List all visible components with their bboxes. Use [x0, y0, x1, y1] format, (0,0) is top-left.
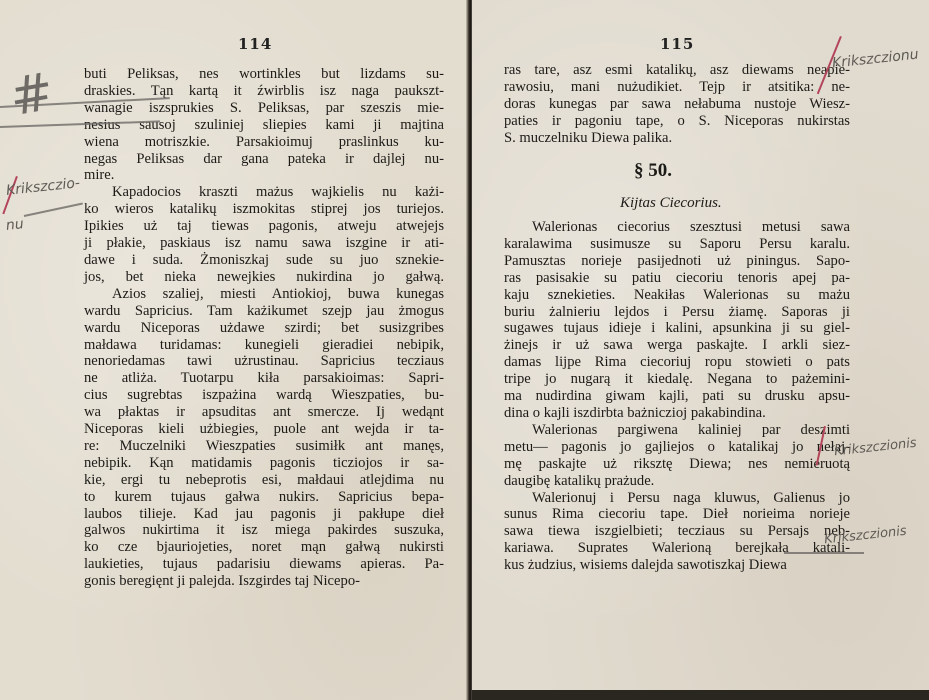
margin-note-right-1: Krikszczionu — [831, 48, 919, 72]
text-line: sugawes tujaus idieje i kalini, apsunkin… — [504, 320, 850, 337]
text-line: wardu Sapricius. Tam każikumet szejp jau… — [84, 303, 444, 320]
text-line: mę paskajte uż riksztę Diewa; nes nemier… — [504, 456, 850, 473]
section-heading: § 50. — [634, 160, 672, 182]
right-page-body: Walerionas ciecorius szesztusi metusi sa… — [504, 219, 850, 574]
text-line: laubos tilieje. Kad jau pagonis ji pakłu… — [84, 506, 444, 523]
text-line: cius sugrebtas iszpażina wardą Wieszpati… — [84, 387, 444, 404]
text-line: Azios szaliej, miesti Antiokioj, buwa ku… — [84, 286, 444, 303]
text-line: małdawa turidamas: kunegieli gieradiei n… — [84, 337, 444, 354]
text-line: wa płaktas ir apsuditas ant smercze. Ij … — [84, 404, 444, 421]
text-line: kaju sznekieties. Neakiłas Walerionas su… — [504, 287, 850, 304]
text-line: mire. — [84, 167, 444, 184]
text-line: galwos nukirtima it isz miega pakirdes s… — [84, 522, 444, 539]
text-line: wiena motriszkie. Parsakioimuj praslinku… — [84, 134, 444, 151]
right-page-top-text: ras tare, asz esmi katalikų, asz diewams… — [504, 62, 850, 147]
page-number-left: 114 — [238, 35, 272, 53]
text-line: Walerionas ciecorius szesztusi metusi sa… — [504, 219, 850, 236]
text-line: ko cze bjauriojeties, noret mąn gałwą nu… — [84, 539, 444, 556]
text-line: Walerionuj i Persu naga kluwus, Galienus… — [504, 490, 850, 507]
left-page: 114 buti Peliksas, nes wortinkles but li… — [0, 0, 470, 700]
text-line: Ipikies uż taj tiewas pagonis, atweju at… — [84, 218, 444, 235]
text-line: to kurem tujaus gałwa nukirs. Sapricius … — [84, 489, 444, 506]
text-line: ras pasisakie su patiu ciecoriu tenoris … — [504, 270, 850, 287]
text-line: dawe i suda. Żmoniszkaj sude su juo szne… — [84, 252, 444, 269]
text-line: ko wieros katalikų iszmokitas stiprej jo… — [84, 201, 444, 218]
text-line: żinejs ir uż sawa werga paskajte. I arkl… — [504, 337, 850, 354]
text-line: wardu Niceporas użdawe szirdi; bet susiz… — [84, 320, 444, 337]
text-line: buriu żalnieriu lejdos i Persu żiamę. Sa… — [504, 304, 850, 321]
text-line: dina o kajli iszdirbta bażniczioj pakabi… — [504, 405, 850, 422]
text-line: jos, bet nieka newejkies nukirdina jo ga… — [84, 269, 444, 286]
text-line: sunus Rima ciecoriu tape. Dieł norieima … — [504, 506, 850, 523]
text-line: metu— pagonis jo gajliejos o katalikaj j… — [504, 439, 850, 456]
text-line: paties ir pagoniu tape, o S. Niceporas n… — [504, 113, 850, 130]
right-page: 115 ras tare, asz esmi katalikų, asz die… — [472, 0, 929, 700]
pencil-underline — [24, 203, 83, 217]
margin-note-left-2: nu — [5, 217, 24, 234]
text-line: ma nudirdina giwam kajli, pati su drusku… — [504, 388, 850, 405]
left-page-body: buti Peliksas, nes wortinkles but lizdam… — [84, 66, 444, 590]
text-line: daugibę katalikų prażude. — [504, 473, 850, 490]
text-line: doras kunegas par sawa nełabuma nustoje … — [504, 96, 850, 113]
page-edge-shadow — [472, 690, 929, 700]
text-line: kie, ergi tu nebeprotis esi, małdaui atl… — [84, 472, 444, 489]
text-line: Walerionas pargiwena kaliniej par deszim… — [504, 422, 850, 439]
text-line: wanagie iszsprukies S. Peliksas, par sze… — [84, 100, 444, 117]
text-line: Kapadocios kraszti mażus wajkielis nu ka… — [84, 184, 444, 201]
section-title: Kijtas Ciecorius. — [620, 195, 722, 212]
text-line: rawosiu, mani nużudikiet. Tejp ir atsiti… — [504, 79, 850, 96]
page-number-right: 115 — [660, 35, 694, 53]
text-line: kus żudzius, wisiems dalejda sawotiszkaj… — [504, 557, 850, 574]
text-line: ne atliża. Tuotarpu kiła parsakioimas: S… — [84, 370, 444, 387]
text-line: Niceporas kieli użbiegies, puole ant wej… — [84, 421, 444, 438]
text-line: gonis beregięnt ji palejda. Iszgirdes ta… — [84, 573, 444, 590]
text-line: nesius sausoj szuliniej sliepies kami ji… — [84, 117, 444, 134]
text-line: nenoriedamas tawi użrustinau. Sapricius … — [84, 353, 444, 370]
text-line: re: Muczelniki Wieszpaties susimiłk ant … — [84, 438, 444, 455]
pencil-underline-right — [784, 552, 864, 554]
text-line: ras tare, asz esmi katalikų, asz diewams… — [504, 62, 850, 79]
text-line: Pamusztas norieje pasijednoti uż piningu… — [504, 253, 850, 270]
text-line: buti Peliksas, nes wortinkles but lizdam… — [84, 66, 444, 83]
text-line: nebipik. Kąn matidamis pagonis ticziojos… — [84, 455, 444, 472]
text-line: sawa tiewa iszgielbieti; tecziaus su Per… — [504, 523, 850, 540]
text-line: damas lijpe Rima ciecoriuj ropu stowieti… — [504, 354, 850, 371]
text-line: laukieties, tujaus padarisiu diewams api… — [84, 556, 444, 573]
text-line: kariawa. Suprates Walerioną berejkała ka… — [504, 540, 850, 557]
text-line: ji płakie, paskiaus isz namu sawa iszgin… — [84, 235, 444, 252]
text-line: negas Peliksas dar gana pateka ir dajlej… — [84, 151, 444, 168]
text-line: karalawima susimusze su Saporu Persu kar… — [504, 236, 850, 253]
text-line: tripe jo nugarą it kiedalę. Negana to pa… — [504, 371, 850, 388]
text-line: S. muczelniku Diewa palika. — [504, 130, 850, 147]
text-line: draskies. Tąn kartą it źwirblis isz naga… — [84, 83, 444, 100]
